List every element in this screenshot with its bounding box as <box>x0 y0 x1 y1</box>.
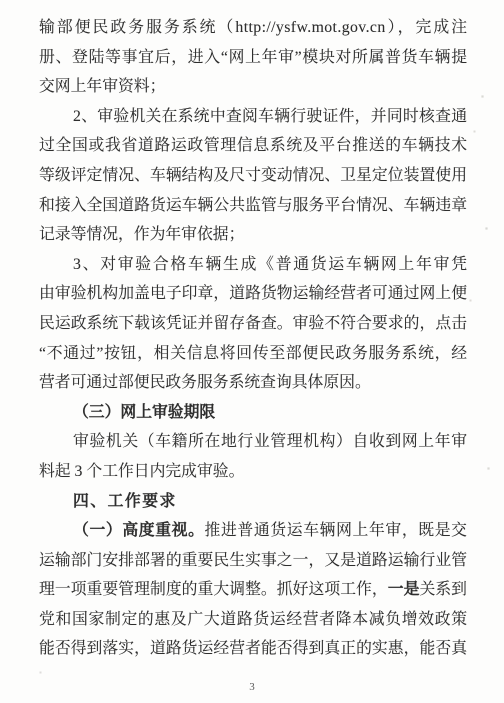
document-line: 交网上年审资料； <box>39 72 467 102</box>
document-line: 记录等情况，作为年审依据； <box>39 220 467 250</box>
document-line: 和接入全国道路货运车辆公共监管与服务平台情况、车辆违章 <box>39 191 467 221</box>
document-line: 2、审验机关在系统中查阅车辆行驶证件，并同时核查通 <box>39 102 467 132</box>
text-segment: “不通过”按钮，相关信息将回传至部便民政务服务系统，经 <box>39 345 467 362</box>
text-segment: 一是 <box>388 581 420 598</box>
text-segment: 交网上年审资料； <box>39 78 165 95</box>
document-line: （一）高度重视。推进普通货运车辆网上年审，既是交通 <box>39 516 467 546</box>
document-line: 党和国家制定的惠及广大道路货运经营者降本减负增效政策 <box>39 605 467 635</box>
text-segment: 关系到 <box>419 581 467 598</box>
text-segment: ），完成注 <box>386 19 467 36</box>
document-line: 运输部门安排部署的重要民生实事之一，又是道路运输行业管 <box>39 546 467 576</box>
text-segment: 民运政系统下载该凭证并留存备查。审验不符合要求的，点击 <box>39 315 467 332</box>
document-line: （三）网上审验期限 <box>39 398 467 428</box>
document-line: 输部便民政务服务系统（http://ysfw.mot.gov.cn），完成注 <box>39 13 467 43</box>
text-segment: 党和国家制定的惠及广大道路货运经营者降本减负增效政策 <box>39 611 467 628</box>
document-line: “不通过”按钮，相关信息将回传至部便民政务服务系统，经 <box>39 339 467 369</box>
text-segment: 审验机关（车籍所在地行业管理机构）自收到网上年审材 <box>39 433 467 457</box>
document-line: 审验机关（车籍所在地行业管理机构）自收到网上年审材 <box>39 427 467 457</box>
text-segment: 料起 3 个工作日内完成审验。 <box>39 463 244 480</box>
document-line: 料起 3 个工作日内完成审验。 <box>39 457 467 487</box>
text-segment: 记录等情况，作为年审依据； <box>39 226 244 243</box>
text-segment: 3、对审验合格车辆生成《普通货运车辆网上年审凭证》， <box>39 256 467 280</box>
document-line: 理一项重要管理制度的重大调整。抓好这项工作，一是关系到 <box>39 575 467 605</box>
scan-speckles <box>0 0 1 1</box>
url-text: http://ysfw.mot.gov.cn <box>235 19 385 36</box>
text-segment: （一）高度重视。 <box>73 522 205 539</box>
document-line: 营者可通过部便民政务服务系统查询具体原因。 <box>39 368 467 398</box>
text-segment: 等级评定情况、车辆结构及尺寸变动情况、卫星定位装置使用 <box>39 167 467 184</box>
text-segment: 四、工作要求 <box>73 493 177 510</box>
document-line: 能否得到落实，道路货运经营者能否得到真正的实惠，能否真 <box>39 634 467 664</box>
text-segment: 由审验机构加盖电子印章，道路货物运输经营者可通过网上便 <box>39 285 467 302</box>
document-body: 输部便民政务服务系统（http://ysfw.mot.gov.cn），完成注册、… <box>39 13 467 664</box>
text-segment: 过全国或我省道路运政管理信息系统及平台推送的车辆技术 <box>39 137 467 154</box>
text-segment: （三）网上审验期限 <box>73 404 215 421</box>
text-segment: 2、审验机关在系统中查阅车辆行驶证件，并同时核查通 <box>73 108 467 125</box>
text-segment: 册、登陆等事宜后，进入“网上年审”模块对所属普货车辆提 <box>39 49 467 66</box>
text-segment: 能否得到落实，道路货运经营者能否得到真正的实惠，能否真 <box>39 640 467 657</box>
text-segment: 运输部门安排部署的重要民生实事之一，又是道路运输行业管 <box>39 552 467 569</box>
text-segment: 理一项重要管理制度的重大调整。抓好这项工作， <box>39 581 388 598</box>
document-line: 册、登陆等事宜后，进入“网上年审”模块对所属普货车辆提 <box>39 43 467 73</box>
document-line: 等级评定情况、车辆结构及尺寸变动情况、卫星定位装置使用 <box>39 161 467 191</box>
document-page: 输部便民政务服务系统（http://ysfw.mot.gov.cn），完成注册、… <box>0 0 504 703</box>
text-segment: 营者可通过部便民政务服务系统查询具体原因。 <box>39 374 371 391</box>
document-line: 由审验机构加盖电子印章，道路货物运输经营者可通过网上便 <box>39 279 467 309</box>
document-line: 过全国或我省道路运政管理信息系统及平台推送的车辆技术 <box>39 131 467 161</box>
page-number: 3 <box>0 681 504 693</box>
document-line: 民运政系统下载该凭证并留存备查。审验不符合要求的，点击 <box>39 309 467 339</box>
text-segment: 输部便民政务服务系统（ <box>39 19 235 36</box>
document-line: 3、对审验合格车辆生成《普通货运车辆网上年审凭证》， <box>39 250 467 280</box>
document-line: 四、工作要求 <box>39 487 467 517</box>
text-segment: 和接入全国道路货运车辆公共监管与服务平台情况、车辆违章 <box>39 197 467 214</box>
